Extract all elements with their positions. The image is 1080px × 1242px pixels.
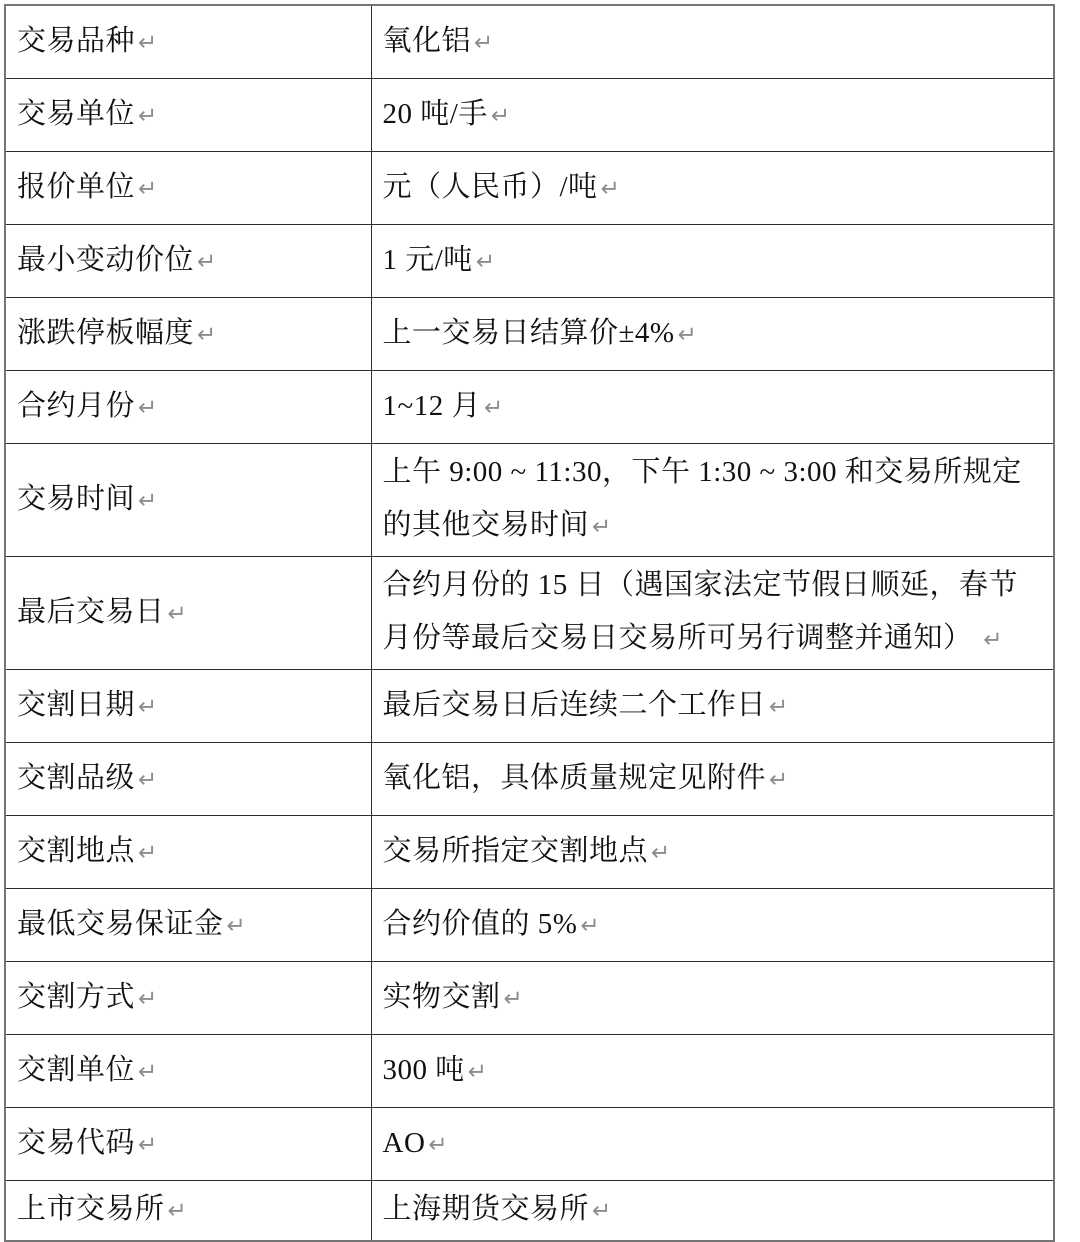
- paragraph-return-mark-icon: ↵: [138, 1059, 157, 1085]
- spec-value-cell: 实物交割↵: [371, 962, 1054, 1035]
- spec-value-text: 实物交割: [383, 981, 501, 1013]
- spec-value-text: 元（人民币）/吨: [383, 171, 598, 203]
- spec-label-text: 交割地点: [17, 835, 135, 867]
- spec-value-text: 上海期货交易所: [383, 1193, 590, 1225]
- spec-value-cell: 氧化铝，具体质量规定见附件↵: [371, 743, 1054, 816]
- paragraph-return-mark-icon: ↵: [138, 986, 157, 1012]
- table-row: 报价单位↵ 元（人民币）/吨↵: [5, 152, 1054, 225]
- paragraph-return-mark-icon: ↵: [227, 913, 246, 939]
- spec-label-text: 交易品种: [17, 25, 135, 57]
- spec-label-cell: 交割品级↵: [5, 743, 371, 816]
- table-row: 最后交易日↵ 合约月份的 15 日（遇国家法定节假日顺延，春节月份等最后交易日交…: [5, 557, 1054, 670]
- spec-label-text: 交割单位: [17, 1054, 135, 1086]
- paragraph-return-mark-icon: ↵: [138, 103, 157, 129]
- spec-value-text: 上一交易日结算价±4%: [383, 317, 675, 349]
- spec-value-cell: 最后交易日后连续二个工作日↵: [371, 670, 1054, 743]
- paragraph-return-mark-icon: ↵: [138, 767, 157, 793]
- spec-label-text: 最低交易保证金: [17, 908, 224, 940]
- paragraph-return-mark-icon: ↵: [484, 395, 503, 421]
- spec-value-cell: 合约月份的 15 日（遇国家法定节假日顺延，春节月份等最后交易日交易所可另行调整…: [371, 557, 1054, 670]
- paragraph-return-mark-icon: ↵: [476, 249, 495, 275]
- table-row: 交易代码↵ AO↵: [5, 1108, 1054, 1181]
- spec-value-text: 1 元/吨: [383, 244, 473, 276]
- spec-label-cell: 交割日期↵: [5, 670, 371, 743]
- paragraph-return-mark-icon: ↵: [983, 627, 1002, 653]
- table-row: 合约月份↵ 1~12 月↵: [5, 371, 1054, 444]
- paragraph-return-mark-icon: ↵: [651, 840, 670, 866]
- table-row: 交易单位↵ 20 吨/手↵: [5, 79, 1054, 152]
- paragraph-return-mark-icon: ↵: [592, 1198, 611, 1224]
- spec-value-cell: 上海期货交易所↵: [371, 1181, 1054, 1242]
- table-row: 交割品级↵ 氧化铝，具体质量规定见附件↵: [5, 743, 1054, 816]
- paragraph-return-mark-icon: ↵: [474, 30, 493, 56]
- spec-label-text: 交易时间: [17, 483, 135, 515]
- spec-value-text: 氧化铝，具体质量规定见附件: [383, 762, 767, 794]
- spec-value-cell: 300 吨↵: [371, 1035, 1054, 1108]
- spec-value-text: 合约月份的 15 日（遇国家法定节假日顺延，春节月份等最后交易日交易所可另行调整…: [383, 569, 1019, 654]
- spec-label-text: 涨跌停板幅度: [17, 317, 194, 349]
- spec-label-cell: 合约月份↵: [5, 371, 371, 444]
- table-row: 交割日期↵ 最后交易日后连续二个工作日↵: [5, 670, 1054, 743]
- spec-value-text: 20 吨/手: [383, 98, 488, 130]
- contract-spec-rows: 交易品种↵ 氧化铝↵ 交易单位↵ 20 吨/手↵ 报价单位↵ 元（人民币）/吨↵…: [5, 5, 1054, 1241]
- spec-label-cell: 交割方式↵: [5, 962, 371, 1035]
- spec-label-cell: 交割地点↵: [5, 816, 371, 889]
- spec-value-cell: 1 元/吨↵: [371, 225, 1054, 298]
- spec-label-text: 上市交易所: [17, 1193, 165, 1225]
- spec-value-text: 最后交易日后连续二个工作日: [383, 689, 767, 721]
- spec-label-text: 交割方式: [17, 981, 135, 1013]
- spec-label-cell: 交易单位↵: [5, 79, 371, 152]
- spec-value-cell: 上一交易日结算价±4%↵: [371, 298, 1054, 371]
- paragraph-return-mark-icon: ↵: [580, 913, 599, 939]
- paragraph-return-mark-icon: ↵: [428, 1132, 447, 1158]
- spec-value-text: 交易所指定交割地点: [383, 835, 649, 867]
- spec-value-cell: 氧化铝↵: [371, 5, 1054, 79]
- table-row: 交易品种↵ 氧化铝↵: [5, 5, 1054, 79]
- spec-value-cell: 交易所指定交割地点↵: [371, 816, 1054, 889]
- spec-label-text: 报价单位: [17, 171, 135, 203]
- paragraph-return-mark-icon: ↵: [197, 249, 216, 275]
- spec-label-cell: 交易时间↵: [5, 444, 371, 557]
- spec-value-cell: 上午 9:00 ~ 11:30，下午 1:30 ~ 3:00 和交易所规定的其他…: [371, 444, 1054, 557]
- paragraph-return-mark-icon: ↵: [769, 694, 788, 720]
- spec-label-cell: 涨跌停板幅度↵: [5, 298, 371, 371]
- paragraph-return-mark-icon: ↵: [197, 322, 216, 348]
- spec-value-text: 氧化铝: [383, 25, 472, 57]
- table-row: 最低交易保证金↵ 合约价值的 5%↵: [5, 889, 1054, 962]
- paragraph-return-mark-icon: ↵: [138, 30, 157, 56]
- spec-label-cell: 交易代码↵: [5, 1108, 371, 1181]
- spec-value-text: 上午 9:00 ~ 11:30，下午 1:30 ~ 3:00 和交易所规定的其他…: [383, 456, 1022, 541]
- spec-value-text: 合约价值的 5%: [383, 908, 578, 940]
- paragraph-return-mark-icon: ↵: [138, 1132, 157, 1158]
- paragraph-return-mark-icon: ↵: [138, 488, 157, 514]
- table-row: 交割地点↵ 交易所指定交割地点↵: [5, 816, 1054, 889]
- spec-value-cell: AO↵: [371, 1108, 1054, 1181]
- paragraph-return-mark-icon: ↵: [138, 176, 157, 202]
- spec-label-cell: 上市交易所↵: [5, 1181, 371, 1242]
- table-row: 交割方式↵ 实物交割↵: [5, 962, 1054, 1035]
- spec-label-text: 合约月份: [17, 390, 135, 422]
- paragraph-return-mark-icon: ↵: [138, 395, 157, 421]
- paragraph-return-mark-icon: ↵: [468, 1059, 487, 1085]
- spec-label-text: 最小变动价位: [17, 244, 194, 276]
- paragraph-return-mark-icon: ↵: [769, 767, 788, 793]
- spec-label-cell: 交割单位↵: [5, 1035, 371, 1108]
- paragraph-return-mark-icon: ↵: [678, 322, 697, 348]
- document-page: 交易品种↵ 氧化铝↵ 交易单位↵ 20 吨/手↵ 报价单位↵ 元（人民币）/吨↵…: [0, 0, 1080, 1222]
- table-row: 交易时间↵ 上午 9:00 ~ 11:30，下午 1:30 ~ 3:00 和交易…: [5, 444, 1054, 557]
- spec-label-cell: 最后交易日↵: [5, 557, 371, 670]
- paragraph-return-mark-icon: ↵: [592, 514, 611, 540]
- paragraph-return-mark-icon: ↵: [168, 601, 187, 627]
- spec-label-text: 交割品级: [17, 762, 135, 794]
- table-row: 最小变动价位↵ 1 元/吨↵: [5, 225, 1054, 298]
- spec-value-cell: 1~12 月↵: [371, 371, 1054, 444]
- spec-value-cell: 元（人民币）/吨↵: [371, 152, 1054, 225]
- paragraph-return-mark-icon: ↵: [491, 103, 510, 129]
- spec-value-text: 300 吨: [383, 1054, 465, 1086]
- spec-value-cell: 20 吨/手↵: [371, 79, 1054, 152]
- spec-label-text: 交易单位: [17, 98, 135, 130]
- contract-spec-table: 交易品种↵ 氧化铝↵ 交易单位↵ 20 吨/手↵ 报价单位↵ 元（人民币）/吨↵…: [4, 4, 1055, 1242]
- spec-value-cell: 合约价值的 5%↵: [371, 889, 1054, 962]
- spec-value-text: 1~12 月: [383, 390, 481, 422]
- paragraph-return-mark-icon: ↵: [504, 986, 523, 1012]
- paragraph-return-mark-icon: ↵: [138, 840, 157, 866]
- spec-label-cell: 最低交易保证金↵: [5, 889, 371, 962]
- paragraph-return-mark-icon: ↵: [138, 694, 157, 720]
- table-row: 上市交易所↵ 上海期货交易所↵: [5, 1181, 1054, 1242]
- table-row: 涨跌停板幅度↵ 上一交易日结算价±4%↵: [5, 298, 1054, 371]
- paragraph-return-mark-icon: ↵: [168, 1198, 187, 1224]
- table-row: 交割单位↵ 300 吨↵: [5, 1035, 1054, 1108]
- spec-label-cell: 最小变动价位↵: [5, 225, 371, 298]
- spec-label-cell: 报价单位↵: [5, 152, 371, 225]
- paragraph-return-mark-icon: ↵: [601, 176, 620, 202]
- spec-label-cell: 交易品种↵: [5, 5, 371, 79]
- spec-label-text: 交割日期: [17, 689, 135, 721]
- spec-value-text: AO: [383, 1127, 426, 1159]
- spec-label-text: 交易代码: [17, 1127, 135, 1159]
- spec-label-text: 最后交易日: [17, 596, 165, 628]
